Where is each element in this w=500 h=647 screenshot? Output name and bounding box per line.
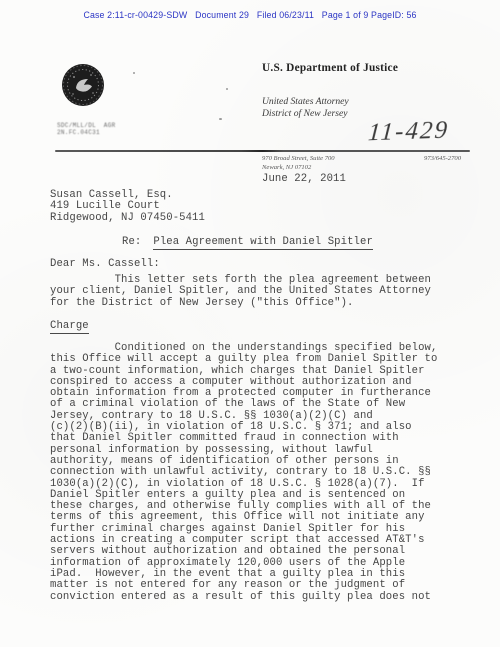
letterhead-phone: 973/645-2700 — [424, 155, 461, 162]
court-filing-header: Case 2:11-cr-00429-SDW Document 29 Filed… — [0, 10, 500, 20]
letterhead-divider — [55, 150, 470, 152]
doj-seal-icon — [60, 62, 106, 108]
re-subject: Plea Agreement with Daniel Spitler — [153, 236, 373, 250]
scan-speck — [226, 88, 228, 90]
scan-speck — [219, 118, 222, 120]
re-label: Re: — [122, 236, 141, 248]
letterhead-address: 970 Broad Street, Suite 700 Newark, NJ 0… — [262, 155, 335, 172]
charge-section-heading: Charge — [50, 321, 89, 334]
re-line: Re:Plea Agreement with Daniel Spitler — [122, 237, 373, 248]
letterhead-office-line2: District of New Jersey — [262, 108, 348, 119]
scan-speck — [133, 72, 135, 74]
letterhead-department: U.S. Department of Justice — [262, 62, 398, 74]
letter-date: June 22, 2011 — [262, 174, 346, 185]
letterhead-office-line1: United States Attorney — [262, 96, 349, 107]
document-page: Case 2:11-cr-00429-SDW Document 29 Filed… — [0, 0, 500, 647]
salutation: Dear Ms. Cassell: — [50, 259, 160, 270]
charge-paragraph: Conditioned on the understandings specif… — [50, 343, 437, 603]
letterhead-reference-codes: SDC/MLL/DL AGR 2N.FC.04C31 — [57, 122, 116, 136]
handwritten-case-number: 11-429 — [367, 117, 450, 148]
intro-paragraph: This letter sets forth the plea agreemen… — [50, 275, 431, 309]
recipient-address-block: Susan Cassell, Esq. 419 Lucille Court Ri… — [50, 190, 205, 224]
